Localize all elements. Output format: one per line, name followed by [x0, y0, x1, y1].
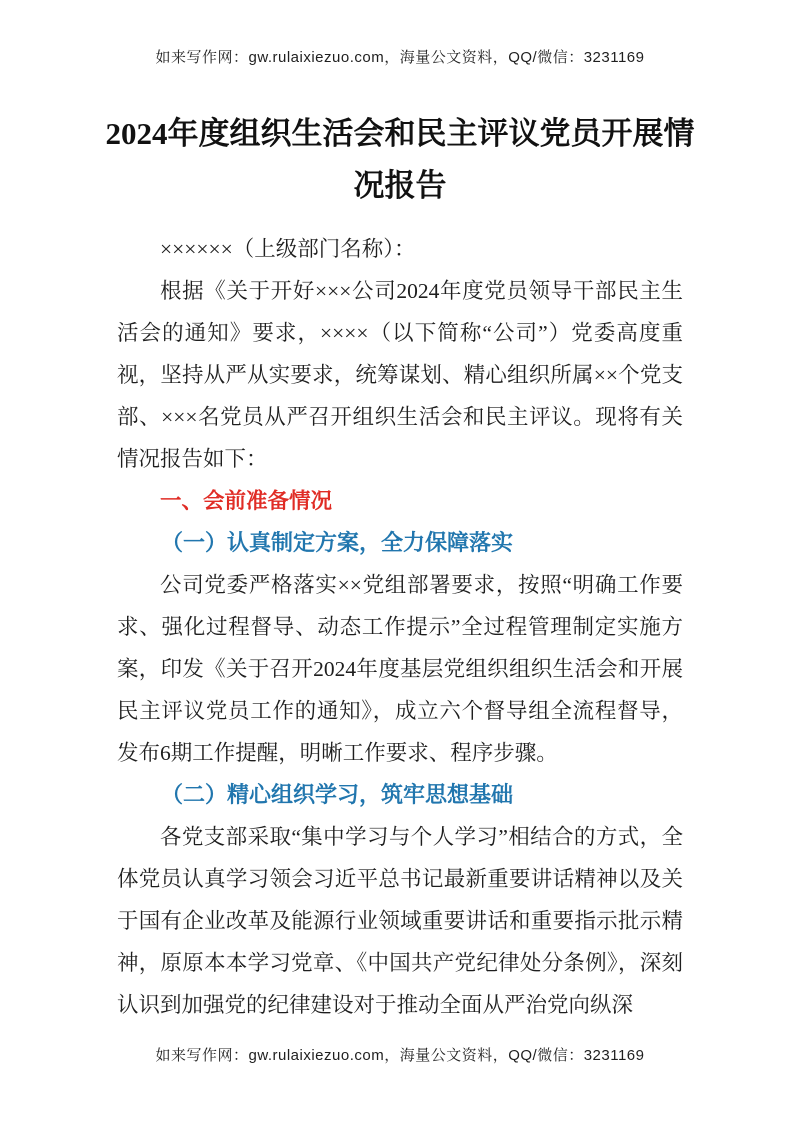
header-watermark-note: 如来写作网：gw.rulaixiezuo.com，海量公文资料，QQ/微信：32…	[0, 46, 800, 67]
section-heading-red: 一、会前准备情况	[117, 480, 683, 522]
footer-watermark-note: 如来写作网：gw.rulaixiezuo.com，海量公文资料，QQ/微信：32…	[0, 1044, 800, 1065]
subsection-heading-blue: （二）精心组织学习，筑牢思想基础	[117, 774, 683, 816]
document-body: ××××××（上级部门名称）：根据《关于开好×××公司2024年度党员领导干部民…	[117, 228, 683, 1026]
document-title: 2024年度组织生活会和民主评议党员开展情况报告	[100, 108, 700, 212]
body-paragraph: 公司党委严格落实××党组部署要求，按照“明确工作要求、强化过程督导、动态工作提示…	[117, 564, 683, 774]
body-paragraph: ××××××（上级部门名称）：	[117, 228, 683, 270]
body-paragraph: 各党支部采取“集中学习与个人学习”相结合的方式，全体党员认真学习领会习近平总书记…	[117, 816, 683, 1026]
document-page: 如来写作网：gw.rulaixiezuo.com，海量公文资料，QQ/微信：32…	[0, 0, 800, 1131]
body-paragraph: 根据《关于开好×××公司2024年度党员领导干部民主生活会的通知》要求，××××…	[117, 270, 683, 480]
subsection-heading-blue: （一）认真制定方案，全力保障落实	[117, 522, 683, 564]
